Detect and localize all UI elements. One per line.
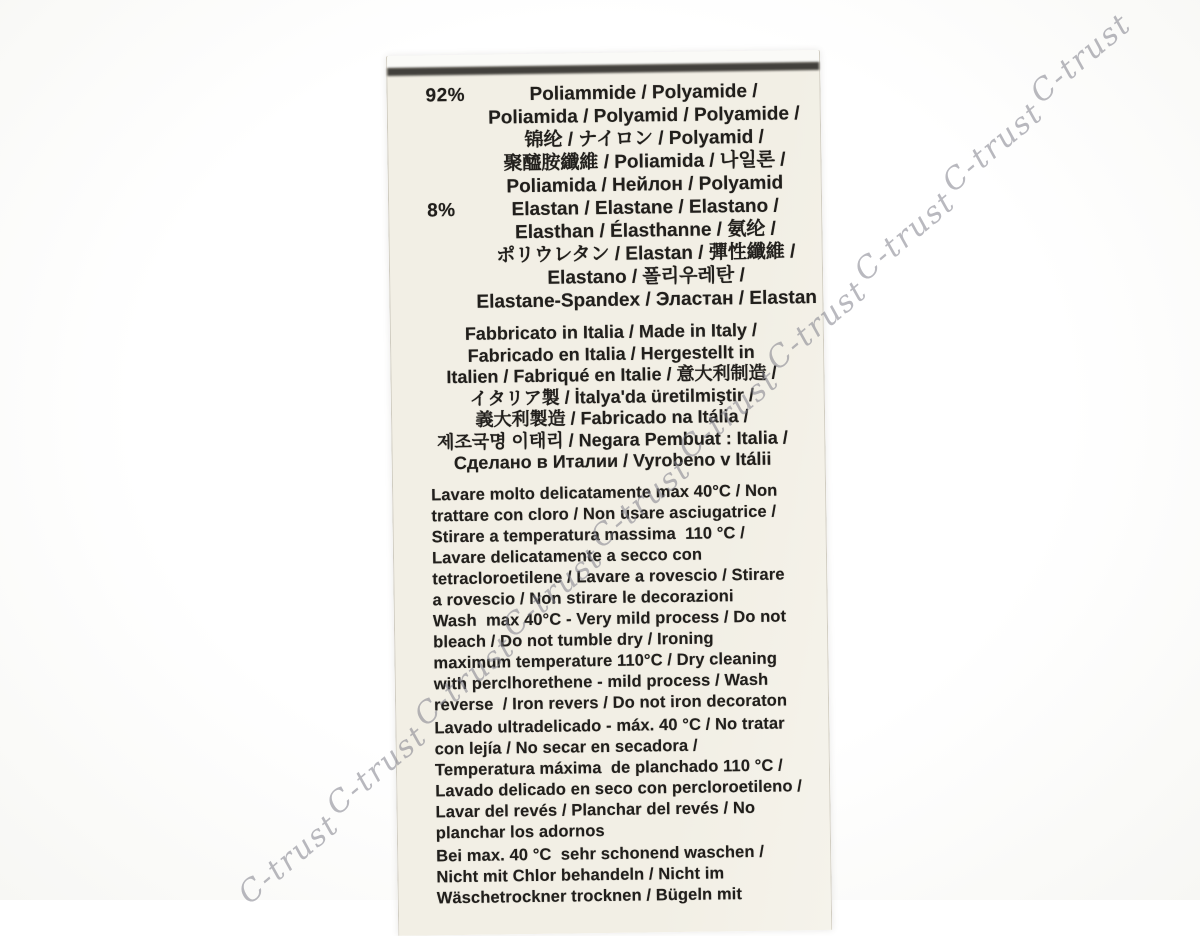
- composition-lines: Poliammide / Polyamide / Poliamida / Pol…: [473, 79, 815, 199]
- composition-lines: Elastan / Elastane / Elastano / Elasthan…: [475, 194, 817, 314]
- percent-value: 8%: [427, 199, 456, 222]
- label-content: 92% Poliammide / Polyamide / Poliamida /…: [387, 70, 831, 900]
- composition-line: ポリウレタン / Elastan / 彈性纖維 /: [476, 240, 816, 268]
- care-section-german: Bei max. 40 °C sehr schonend waschen / N…: [436, 840, 825, 900]
- watermark-text: C-trust: [936, 95, 1051, 199]
- watermark-text: C-trust: [232, 807, 347, 900]
- composition-line: Elastane-Spandex / Эластан / Elastan: [476, 286, 816, 314]
- care-section-spanish: Lavado ultradelicado - máx. 40 °C / No t…: [434, 712, 824, 843]
- watermark-text: C-trust: [848, 184, 963, 288]
- percent-value: 92%: [425, 84, 465, 108]
- watermark-text: C-trust: [1024, 6, 1139, 110]
- photo-background: 92% Poliammide / Polyamide / Poliamida /…: [0, 0, 1200, 900]
- origin-line: Сделано в Италии / Vyrobeno v Itálii: [435, 448, 791, 474]
- composition-row-elastane: 8% Elastan / Elastane / Elastano / Elast…: [427, 194, 817, 314]
- care-label: 92% Poliammide / Polyamide / Poliamida /…: [386, 50, 832, 900]
- composition-row-polyamide: 92% Poliammide / Polyamide / Poliamida /…: [425, 79, 815, 199]
